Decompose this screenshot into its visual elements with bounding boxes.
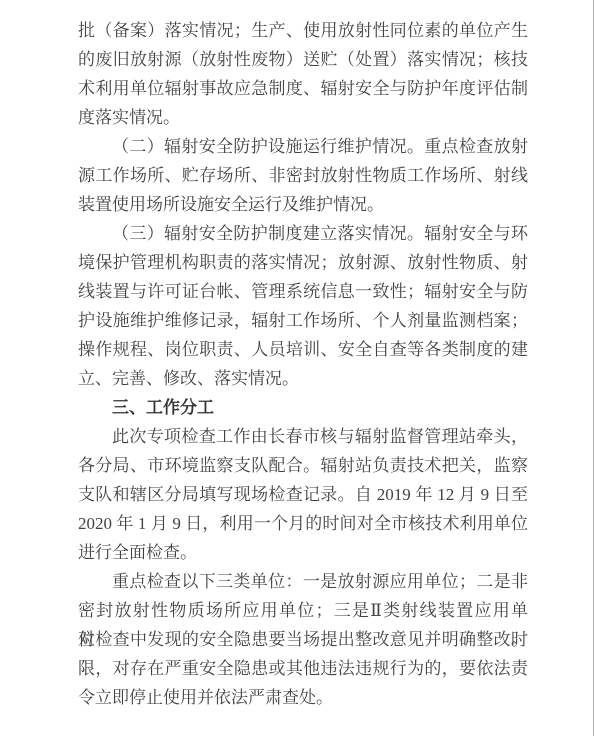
page-right-border: [593, 0, 594, 736]
text-line: 批（备案）落实情况；生产、使用放射性同位素的单位产生: [78, 16, 528, 45]
text-line: 境保护管理机构职责的落实情况；放射源、放射性物质、射: [78, 248, 528, 277]
text-line: 度落实情况。: [78, 103, 528, 132]
text-line: 密封放射性物质场所应用单位；三是Ⅱ类射线装置应用单位。: [78, 596, 528, 625]
text-line: 限，对存在严重安全隐患或其他违法违规行为的，要依法责: [78, 654, 528, 683]
text-line: 装置使用场所设施安全运行及维护情况。: [78, 190, 528, 219]
text-line: 进行全面检查。: [78, 538, 528, 567]
text-line: 的废旧放射源（放射性废物）送贮（处置）落实情况；核技: [78, 45, 528, 74]
text-line: 支队和辖区分局填写现场检查记录。自 2019 年 12 月 9 日至: [78, 480, 528, 509]
text-line: （三）辐射安全防护制度建立落实情况。辐射安全与环: [78, 219, 528, 248]
text-line: 术利用单位辐射事故应急制度、辐射安全与防护年度评估制: [78, 74, 528, 103]
text-line: 重点检查以下三类单位：一是放射源应用单位；二是非: [78, 567, 528, 596]
text-line: 此次专项检查工作由长春市核与辐射监督管理站牵头，: [78, 422, 528, 451]
text-line: 线装置与许可证台帐、管理系统信息一致性；辐射安全与防: [78, 277, 528, 306]
text-line: （二）辐射安全防护设施运行维护情况。重点检查放射: [78, 132, 528, 161]
text-line: 令立即停止使用并依法严肃查处。: [78, 683, 528, 712]
text-line: 护设施维护维修记录，辐射工作场所、个人剂量监测档案；: [78, 306, 528, 335]
text-line: 2020 年 1 月 9 日，利用一个月的时间对全市核技术利用单位: [78, 509, 528, 538]
section-heading: 三、工作分工: [78, 393, 528, 422]
text-line: 立、完善、修改、落实情况。: [78, 364, 528, 393]
text-line: 各分局、市环境监察支队配合。辐射站负责技术把关，监察: [78, 451, 528, 480]
text-line: 源工作场所、贮存场所、非密封放射性物质工作场所、射线: [78, 161, 528, 190]
text-line: 对检查中发现的安全隐患要当场提出整改意见并明确整改时: [78, 625, 528, 654]
text-column: 批（备案）落实情况；生产、使用放射性同位素的单位产生的废旧放射源（放射性废物）送…: [78, 16, 528, 712]
document-page: 批（备案）落实情况；生产、使用放射性同位素的单位产生的废旧放射源（放射性废物）送…: [0, 0, 596, 736]
text-line: 操作规程、岗位职责、人员培训、安全自查等各类制度的建: [78, 335, 528, 364]
